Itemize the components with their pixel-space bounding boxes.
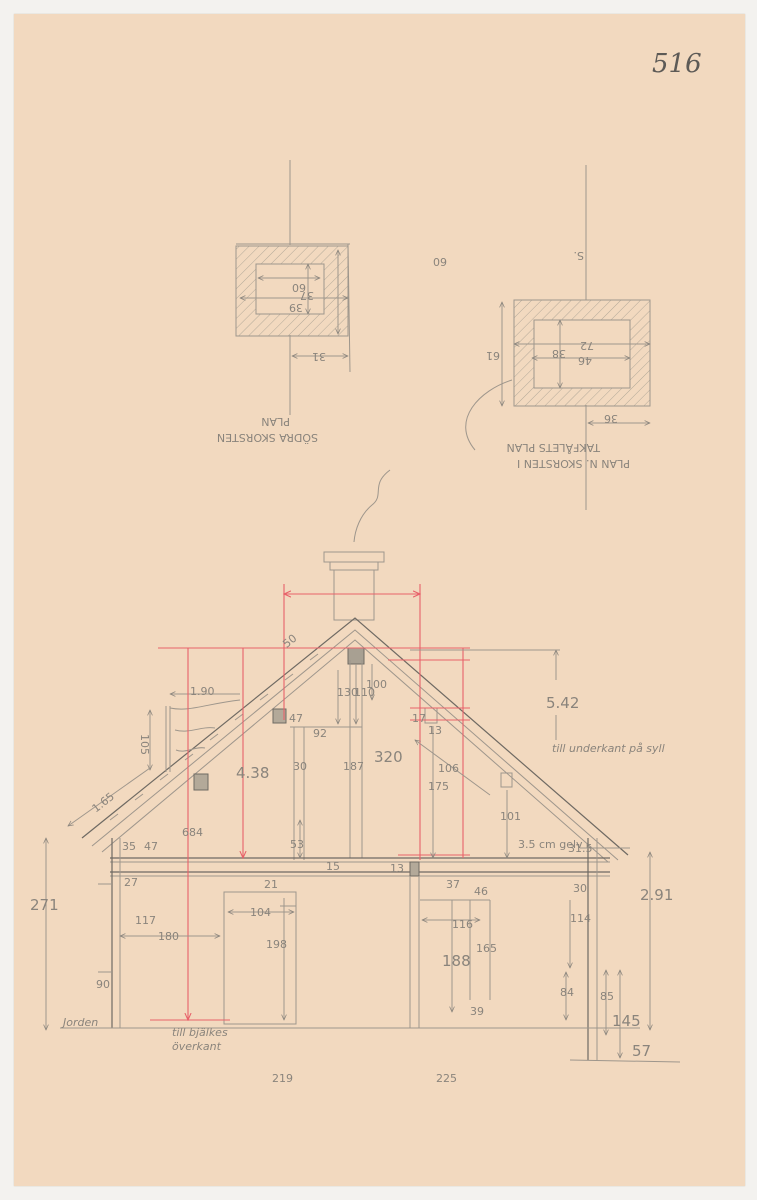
dim-outer-depth: 60: [433, 255, 447, 268]
ridge-note: till underkant på syll: [552, 742, 665, 755]
dim-ridge-height: 5.42: [546, 694, 579, 712]
dim-eave-slope: 1.65: [90, 790, 117, 815]
dim-outer-width-n: 72: [580, 339, 594, 352]
dim-dormer-height: 105: [138, 734, 151, 755]
dim-post-13: 13: [390, 862, 404, 875]
dim-inner-depth-n: 38: [552, 347, 566, 360]
south-plan-title-2: PLAN: [261, 415, 290, 428]
dim-attic-height: 4.38: [236, 764, 269, 782]
dim-w-13: 13: [428, 724, 442, 737]
dim-h-188: 188: [442, 952, 471, 970]
architectural-drawing: 516 39 60 37 60 31 SÖDRA SKORSTEN PLAN: [0, 0, 757, 1200]
bottom-dim-left: 219: [272, 1072, 293, 1085]
dim-inner-width-n: 46: [578, 354, 592, 367]
dim-w-46: 46: [474, 885, 488, 898]
sheet-number: 516: [652, 49, 702, 79]
dim-eave-35: 35: [122, 840, 136, 853]
house-section: 1.90 105 1.65 50 684 4.38 47 92 130 110 …: [30, 470, 680, 1085]
dim-wall-height: 271: [30, 896, 59, 914]
dim-h-175: 175: [428, 780, 449, 793]
beam-note-1: till bjälkes: [172, 1026, 228, 1039]
dim-w-180: 180: [158, 930, 179, 943]
dim-offset-n: 36: [604, 412, 618, 425]
north-plan-title-1: PLAN N. SKORSTEN I: [517, 457, 630, 470]
bottom-dim-right: 225: [436, 1072, 457, 1085]
gable-note: 3.5 cm gelv: [518, 838, 583, 851]
dim-h-85: 85: [600, 990, 614, 1003]
dim-h-37: 37: [446, 878, 460, 891]
dim-h-320: 320: [374, 748, 403, 766]
dim-w-116: 116: [452, 918, 473, 931]
dim-beam-a: 47: [289, 712, 303, 725]
dim-h-57: 57: [632, 1042, 651, 1060]
dim-w-39: 39: [470, 1005, 484, 1018]
dim-h-117: 117: [135, 914, 156, 927]
axis-label-s: S.: [574, 249, 584, 262]
dim-h-165: 165: [476, 942, 497, 955]
dim-h-101: 101: [500, 810, 521, 823]
dim-h-30b: 30: [573, 882, 587, 895]
dim-h-145: 145: [612, 1012, 641, 1030]
dim-door-height: 198: [266, 938, 287, 951]
dim-h-100: 100: [366, 678, 387, 691]
dim-outer-depth-n: 61: [486, 349, 500, 362]
dim-dormer-width: 1.90: [190, 685, 215, 698]
dim-h-90: 90: [96, 978, 110, 991]
dim-right-height: 2.91: [640, 886, 673, 904]
dim-h-187: 187: [343, 760, 364, 773]
dim-h-15: 15: [326, 860, 340, 873]
dim-h-114: 114: [570, 912, 591, 925]
dim-h-53: 53: [290, 838, 304, 851]
dim-h-27: 27: [124, 876, 138, 889]
beam-note-2: överkant: [172, 1040, 222, 1053]
dim-width-92: 92: [313, 727, 327, 740]
dim-h-17: 17: [412, 712, 426, 725]
dim-h-30: 30: [293, 760, 307, 773]
dim-h-84: 84: [560, 986, 574, 999]
dim-slope-106: 106: [438, 762, 459, 775]
north-chimney-plan: 72 46 38 61 36 S. PLAN N. SKORSTEN I TAK…: [466, 165, 650, 510]
dim-door-top: 21: [264, 878, 278, 891]
south-chimney-plan: 39 60 37 60 31 SÖDRA SKORSTEN PLAN: [217, 160, 447, 444]
dim-total-height: 684: [182, 826, 203, 839]
dim-door-width: 104: [250, 906, 271, 919]
dim-inner-depth: 37: [300, 289, 314, 302]
ground-label: Jorden: [61, 1016, 98, 1029]
south-plan-title-1: SÖDRA SKORSTEN: [217, 431, 318, 444]
dim-eave-47: 47: [144, 840, 158, 853]
dim-offset: 31: [312, 350, 326, 363]
north-plan-title-2: TAKFÅLETS PLAN: [507, 441, 602, 454]
